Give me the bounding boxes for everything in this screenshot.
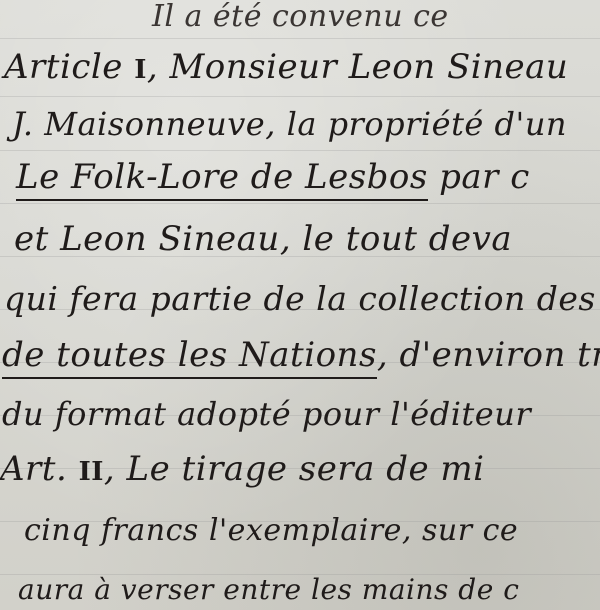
ruled-line xyxy=(0,96,600,97)
line-text: , Le tirage sera de mi xyxy=(104,449,485,489)
line-text: aura à verser entre les mains de c xyxy=(18,573,519,606)
line-text: qui fera partie de la collection des xyxy=(4,279,596,318)
handwritten-line-7: de toutes les Nations, d'environ tr xyxy=(2,338,600,372)
ruled-line xyxy=(0,38,600,39)
handwritten-line-4: Le Folk-Lore de Lesbos par c xyxy=(16,160,530,194)
handwritten-line-10: cinq francs l'exemplaire, sur ce xyxy=(24,516,518,546)
handwritten-line-11: aura à verser entre les mains de c xyxy=(18,576,519,604)
article-heading: Art. xyxy=(0,449,67,489)
ruled-line xyxy=(0,203,600,204)
handwritten-line-5: et Leon Sineau, le tout deva xyxy=(14,222,512,256)
handwritten-line-6: qui fera partie de la collection des xyxy=(4,282,596,315)
handwritten-line-1: Il a été convenu ce xyxy=(152,2,449,32)
article-number: II xyxy=(79,457,104,487)
handwritten-line-8: du format adopté pour l'éditeur xyxy=(2,398,531,430)
book-title: Le Folk-Lore de Lesbos xyxy=(16,157,428,201)
line-text: et Leon Sineau, le tout deva xyxy=(14,219,512,259)
line-text: du format adopté pour l'éditeur xyxy=(2,395,531,433)
line-text: Il a été convenu ce xyxy=(152,0,449,34)
article-heading: Article xyxy=(4,47,123,87)
ruled-line xyxy=(0,150,600,151)
line-text: cinq francs l'exemplaire, sur ce xyxy=(24,513,518,548)
manuscript-page: Il a été convenu ce Article I, Monsieur … xyxy=(0,0,600,610)
handwritten-line-9: Art. II, Le tirage sera de mi xyxy=(0,452,485,486)
line-text: , d'environ tr xyxy=(377,335,600,375)
handwritten-line-2: Article I, Monsieur Leon Sineau xyxy=(4,50,568,84)
handwritten-line-3: J. Maisonneuve, la propriété d'un xyxy=(12,108,567,140)
line-text: , Monsieur Leon Sineau xyxy=(147,47,568,87)
collection-title: de toutes les Nations xyxy=(2,335,377,379)
line-text: par c xyxy=(428,157,530,197)
line-text: J. Maisonneuve, la propriété d'un xyxy=(12,105,567,143)
article-number: I xyxy=(134,55,147,85)
